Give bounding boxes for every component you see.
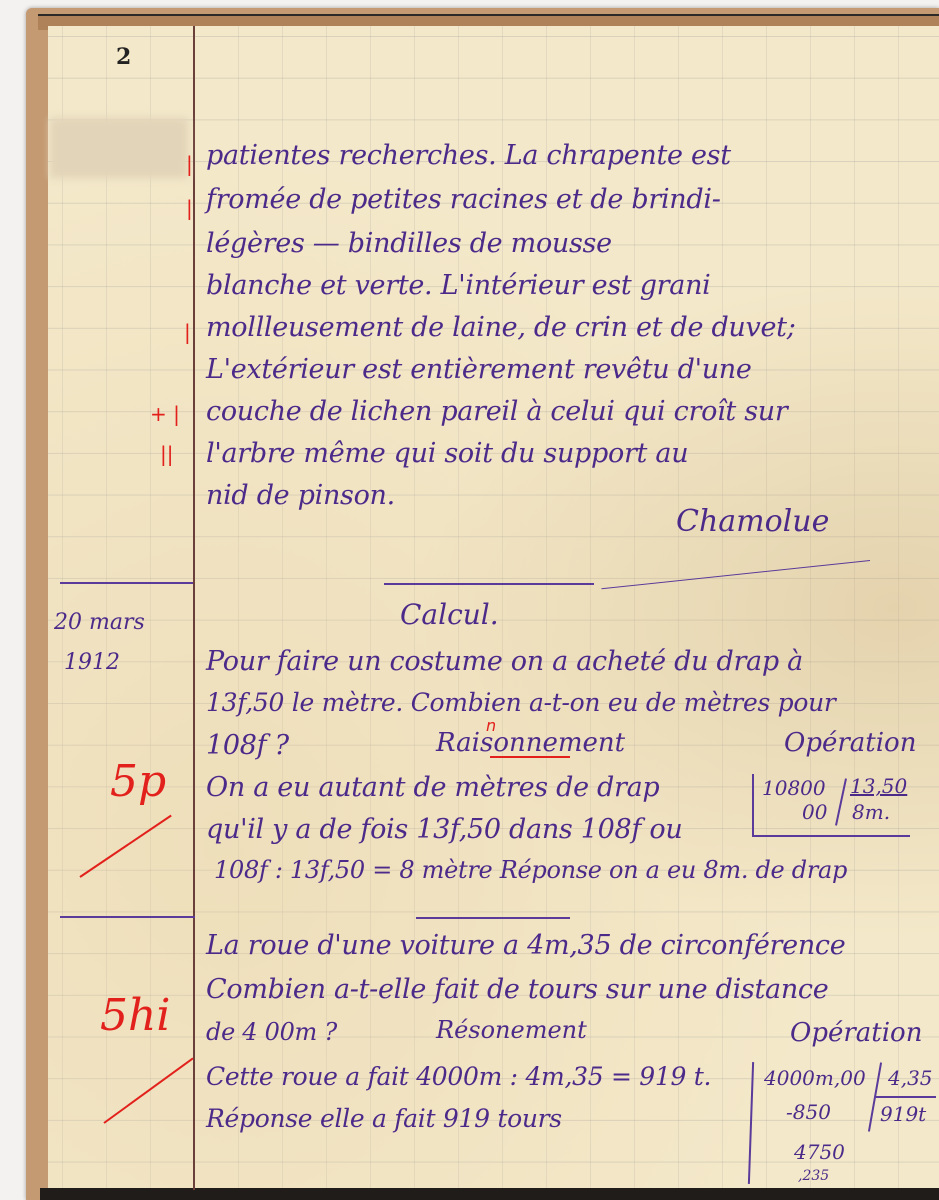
red-correction: n xyxy=(486,716,496,735)
margin-mark: + | xyxy=(150,402,180,426)
page-number: 2 xyxy=(116,44,131,70)
margin-mark: | xyxy=(186,152,193,176)
reasoning-line: qu'il y a de fois 13f,50 dans 108f ou xyxy=(206,814,682,845)
dictation-line: l'arbre même qui soit du support au xyxy=(206,438,688,469)
margin-mark: | xyxy=(186,196,193,220)
section-divider-margin xyxy=(60,582,193,584)
dictation-line: fromée de petites racines et de brindi- xyxy=(206,184,721,215)
margin-mark: || xyxy=(160,442,173,466)
signature: Chamolue xyxy=(676,504,829,539)
operation-step: -850 xyxy=(786,1100,831,1124)
section-divider-margin xyxy=(60,916,195,918)
dictation-line: nid de pinson. xyxy=(206,480,395,511)
dictation-line: couche de lichen pareil à celui qui croî… xyxy=(206,396,787,427)
redacted-area xyxy=(50,118,188,178)
problem-line: Pour faire un costume on a acheté du dra… xyxy=(206,646,803,677)
operation-divisor: 13,50 xyxy=(850,774,907,798)
operation-quotient: 919t xyxy=(880,1102,926,1126)
operation-dividend: 10800 xyxy=(762,776,826,800)
reasoning-heading: Raisonnement xyxy=(436,728,625,758)
dictation-line: patientes recherches. La chrapente est xyxy=(206,140,731,171)
margin-mark: | xyxy=(184,320,191,344)
problem-line: Combien a-t-elle fait de tours sur une d… xyxy=(206,974,828,1005)
operation-heading: Opération xyxy=(790,1018,922,1048)
divisor-underline xyxy=(876,1096,936,1098)
reasoning-heading: Résonement xyxy=(436,1016,587,1044)
reasoning-line: Cette roue a fait 4000m : 4m,35 = 919 t. xyxy=(206,1062,711,1091)
dictation-line: L'extérieur est entièrement revêtu d'une xyxy=(206,354,752,385)
operation-remainder: 00 xyxy=(802,800,827,824)
grade-mark: 5p xyxy=(110,756,166,807)
operation-divisor: 4,35 xyxy=(888,1066,933,1090)
operation-quotient: 8m. xyxy=(852,800,890,824)
operation-step: ,235 xyxy=(798,1168,829,1184)
operation-dividend: 4000m,00 xyxy=(764,1066,866,1090)
problem-line: de 4 00m ? xyxy=(206,1018,337,1046)
dictation-line: mollleusement de laine, de crin et de du… xyxy=(206,312,796,343)
section-divider xyxy=(384,583,594,585)
section-divider xyxy=(416,917,570,919)
problem-line: La roue d'une voiture a 4m,35 de circonf… xyxy=(206,930,845,961)
operation-bracket xyxy=(752,774,754,836)
reasoning-line: Réponse elle a fait 919 tours xyxy=(206,1104,562,1133)
problem-line: 13f,50 le mètre. Combien a-t-on eu de mè… xyxy=(206,688,836,717)
operation-step: 4750 xyxy=(794,1140,845,1164)
reasoning-line: 108f : 13f,50 = 8 mètre Réponse on a eu … xyxy=(214,856,847,884)
red-underline xyxy=(490,756,570,758)
operation-bracket-bottom xyxy=(752,835,910,837)
problem-line: 108f ? xyxy=(206,730,289,761)
dictation-line: légères — bindilles de mousse xyxy=(206,228,612,259)
page-bottom-edge xyxy=(40,1188,939,1200)
reasoning-line: On a eu autant de mètres de drap xyxy=(206,772,659,803)
date-line: 20 mars xyxy=(54,610,145,635)
dictation-line: blanche et verte. L'intérieur est grani xyxy=(206,270,711,301)
grade-mark: 5hi xyxy=(100,990,170,1041)
margin-line xyxy=(193,26,195,1190)
date-year: 1912 xyxy=(64,650,120,675)
operation-heading: Opération xyxy=(784,728,916,758)
section-title: Calcul. xyxy=(400,598,499,631)
